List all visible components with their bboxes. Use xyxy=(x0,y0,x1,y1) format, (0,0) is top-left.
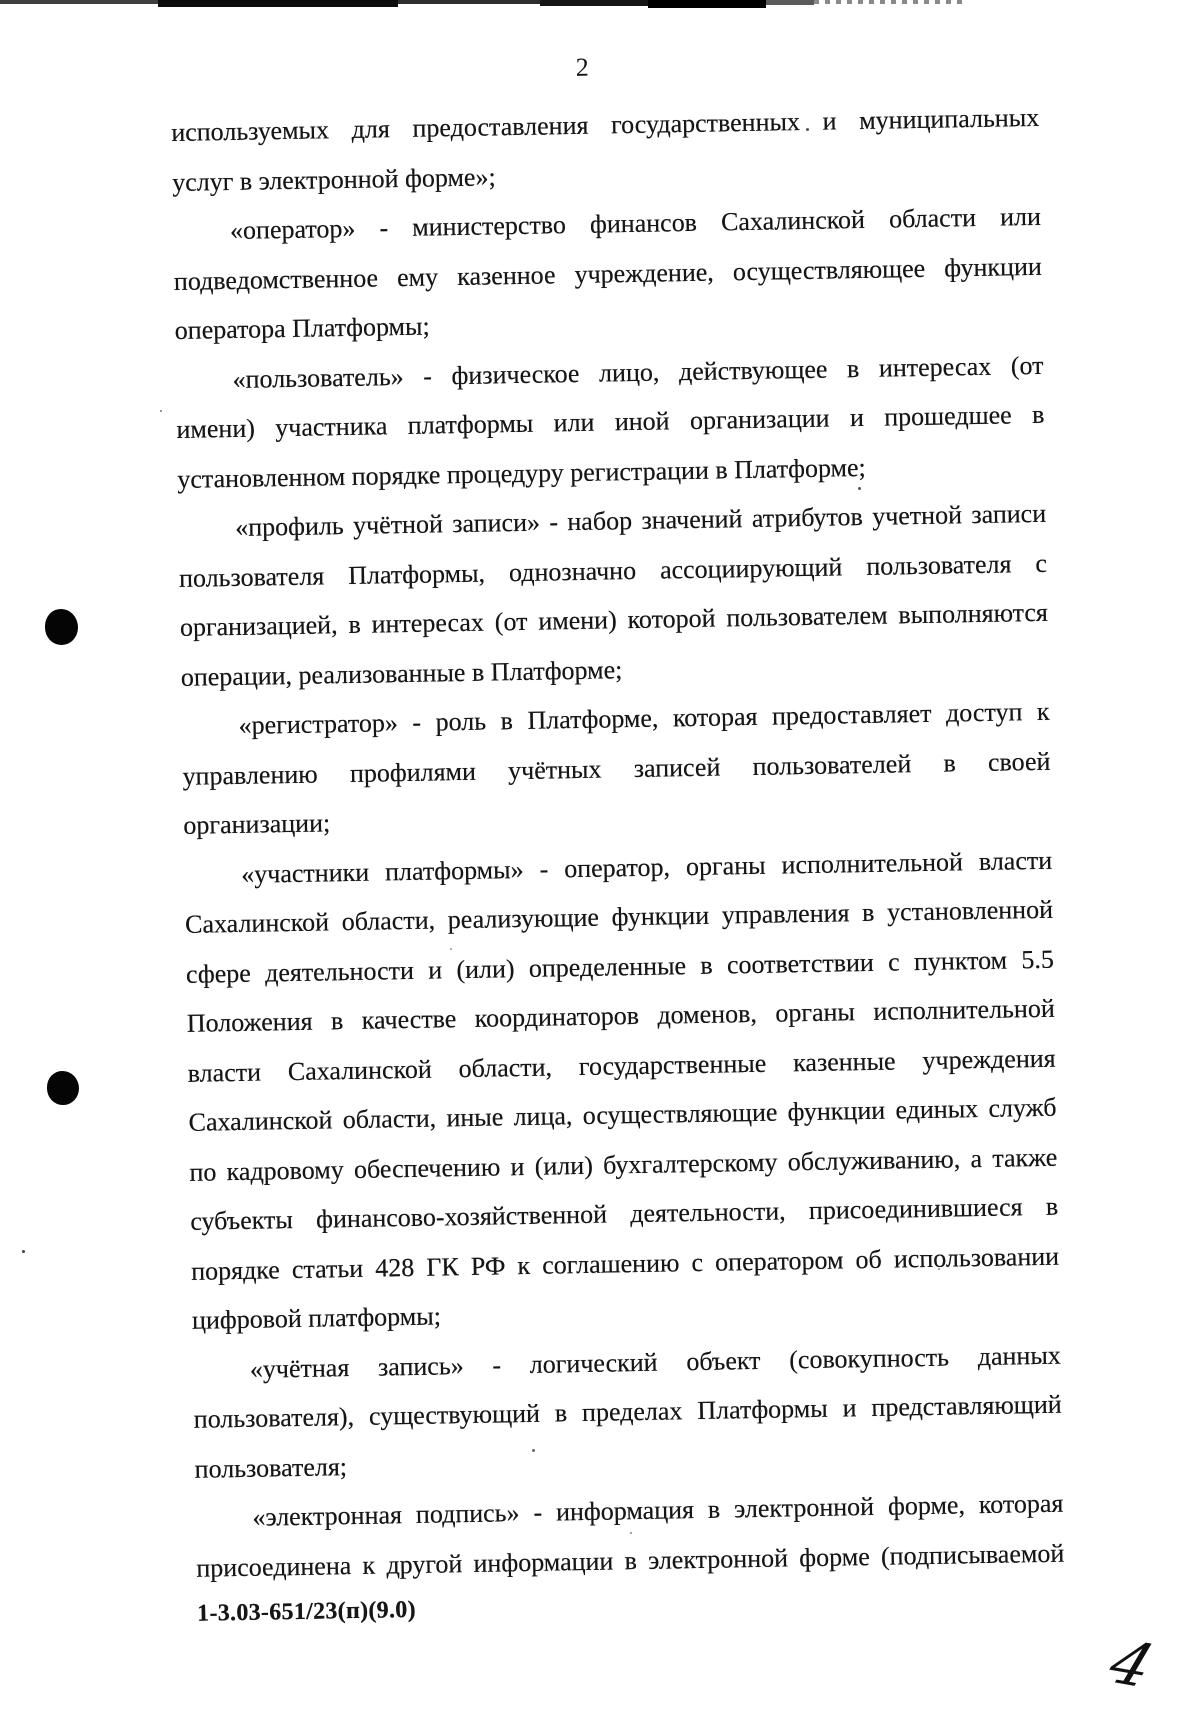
scan-speckle xyxy=(858,487,861,490)
scan-speckle xyxy=(450,948,452,950)
scan-speckle xyxy=(532,1449,535,1452)
scan-artifact-segment xyxy=(648,0,766,8)
scan-artifact-top xyxy=(0,0,1200,10)
hole-punch-mark xyxy=(47,1071,79,1105)
scan-speckle xyxy=(160,410,162,412)
scan-speckle xyxy=(22,1250,25,1253)
handwritten-page-mark: 4 xyxy=(1100,1628,1162,1701)
scan-artifact-segment xyxy=(814,0,964,4)
document-body: используемых для предоставления государс… xyxy=(171,93,1065,1593)
scan-artifact-segment xyxy=(398,0,540,4)
page-content: 2 используемых для предоставления госуда… xyxy=(170,43,1065,1629)
scan-speckle xyxy=(806,128,809,131)
page-number: 2 xyxy=(170,43,1038,92)
scan-speckle xyxy=(298,374,301,377)
scanned-page: 2 используемых для предоставления госуда… xyxy=(0,0,1200,1712)
scan-artifact-segment xyxy=(766,0,814,5)
scan-speckle xyxy=(630,1532,632,1534)
scan-speckle xyxy=(760,1410,762,1412)
scan-artifact-segment xyxy=(0,0,158,4)
hole-punch-mark xyxy=(45,609,78,645)
scan-artifact-segment xyxy=(158,0,398,7)
scan-speckle xyxy=(938,1268,940,1270)
scan-artifact-segment xyxy=(540,0,648,6)
